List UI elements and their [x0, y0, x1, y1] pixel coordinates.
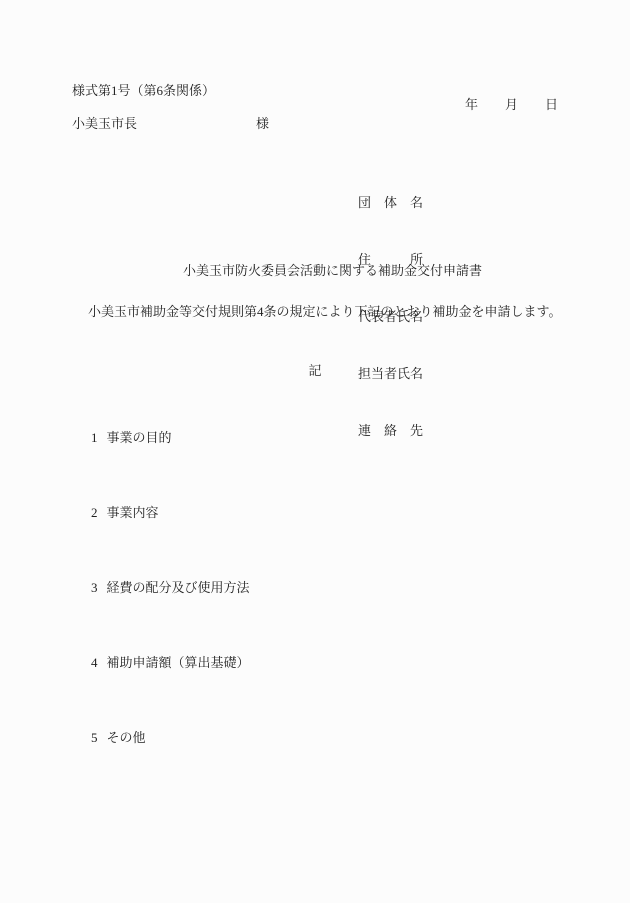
honorific-label: 様	[256, 115, 269, 132]
date-line: 年 月 日	[465, 96, 558, 113]
list-item-expense-allocation: 3経費の配分及び使用方法	[78, 562, 250, 613]
body-paragraph: 小美玉市補助金等交付規則第4条の規定により下記のとおり補助金を申請します。	[88, 303, 561, 320]
item-label: 事業内容	[107, 505, 159, 520]
date-day-label: 日	[545, 96, 558, 113]
document-title: 小美玉市防火委員会活動に関する補助金交付申請書	[183, 262, 482, 279]
applicant-field-organization-name: 団 体 名	[358, 193, 423, 212]
applicant-field-contact-info: 連 絡 先	[358, 421, 423, 440]
document-page: 様式第1号（第6条関係） 年 月 日 小美玉市長 様 団 体 名 住 所 代表者…	[0, 0, 630, 903]
item-label: 補助申請額（算出基礎）	[107, 655, 250, 670]
item-label: 経費の配分及び使用方法	[107, 580, 250, 595]
list-item-other: 5その他	[78, 712, 146, 763]
date-month-label: 月	[505, 96, 518, 113]
addressee: 小美玉市長	[72, 115, 137, 132]
section-marker: 記	[0, 362, 630, 379]
list-item-project-details: 2事業内容	[78, 487, 159, 538]
item-label: 事業の目的	[107, 430, 172, 445]
list-item-subsidy-amount: 4補助申請額（算出基礎）	[78, 637, 250, 688]
item-number: 5	[91, 729, 98, 746]
date-year-label: 年	[465, 96, 478, 113]
form-designation: 様式第1号（第6条関係）	[72, 82, 215, 99]
item-number: 3	[91, 579, 98, 596]
item-label: その他	[107, 730, 146, 745]
list-item-project-purpose: 1事業の目的	[78, 412, 172, 463]
item-number: 2	[91, 504, 98, 521]
item-number: 1	[91, 429, 98, 446]
item-number: 4	[91, 654, 98, 671]
